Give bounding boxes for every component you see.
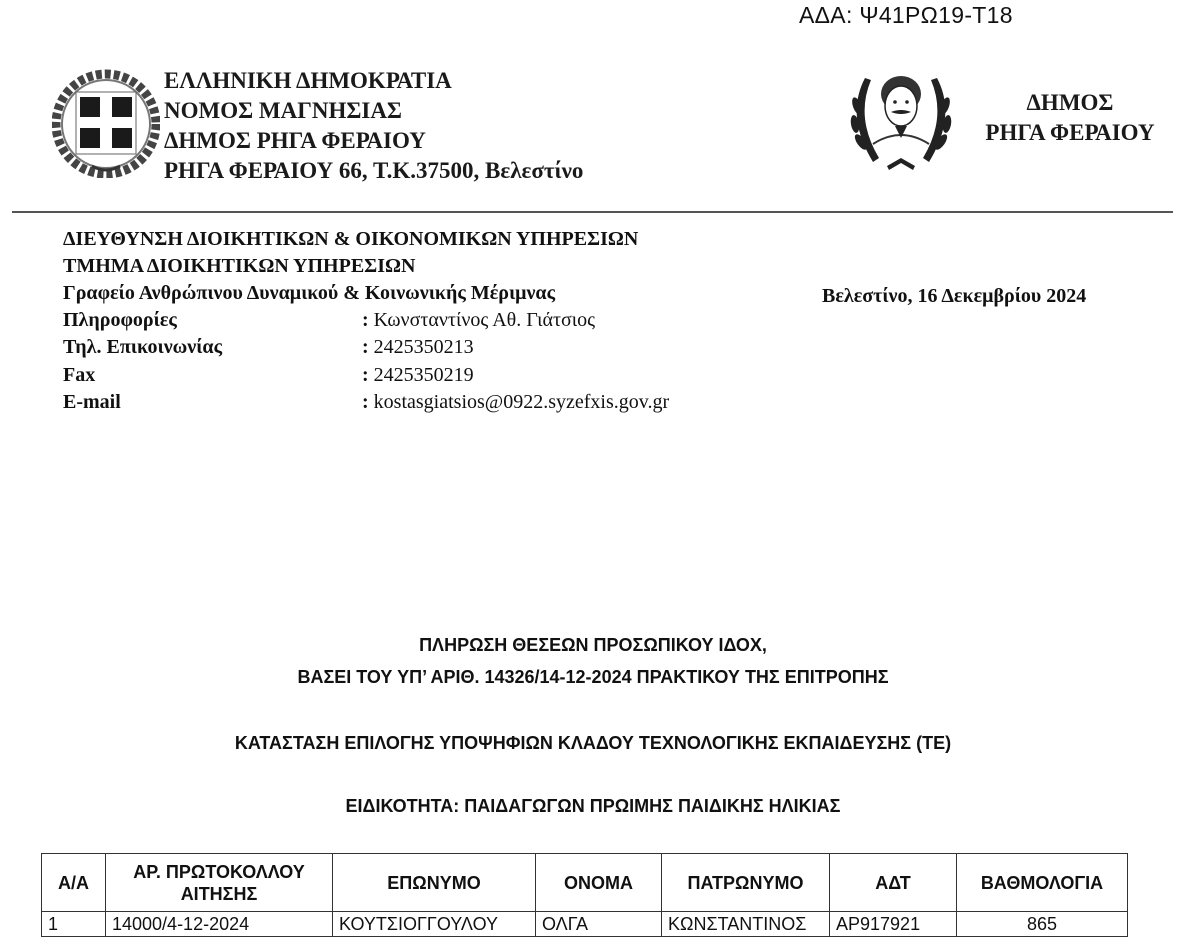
document-title-line: ΒΑΣΕΙ ΤΟΥ ΥΠ’ ΑΡΙΘ. 14326/14-12-2024 ΠΡΑ… <box>0 667 1186 688</box>
contact-row-phone: Τηλ. Επικοινωνίας : 2425350213 <box>63 334 669 361</box>
column-header-score: ΒΑΘΜΟΛΟΓΙΑ <box>957 854 1128 912</box>
column-header-id-number: ΑΔΤ <box>830 854 957 912</box>
document-date: Βελεστίνο, 16 Δεκεμβρίου 2024 <box>822 285 1086 308</box>
contact-row-email: E-mail : kostasgiatsios@0922.syzefxis.go… <box>63 389 669 416</box>
cell-name: ΟΛΓΑ <box>536 912 662 937</box>
column-header-aa: Α/Α <box>42 854 106 912</box>
municipal-laurel-portrait-icon <box>843 66 959 176</box>
column-header-fathers-name: ΠΑΤΡΩΝΥΜΟ <box>662 854 830 912</box>
cell-protocol: 14000/4-12-2024 <box>106 912 333 937</box>
greek-coat-of-arms-icon <box>52 66 160 178</box>
ada-code: ΑΔΑ: Ψ41ΡΩ19-Τ18 <box>799 2 1013 29</box>
department-line: ΤΜΗΜΑ ΔΙΟΙΚΗΤΙΚΩΝ ΥΠΗΡΕΣΙΩΝ <box>63 253 638 280</box>
department-line: ΔΙΕΥΘΥΝΣΗ ΔΙΟΙΚΗΤΙΚΩΝ & ΟΙΚΟΝΟΜΙΚΩΝ ΥΠΗΡ… <box>63 226 638 253</box>
table-row: 1 14000/4-12-2024 ΚΟΥΤΣΙΟΓΓΟΥΛΟΥ ΟΛΓΑ ΚΩ… <box>42 912 1128 937</box>
cell-fathers-name: ΚΩΝΣΤΑΝΤΙΝΟΣ <box>662 912 830 937</box>
contact-label: Τηλ. Επικοινωνίας <box>63 334 362 361</box>
document-title-line: ΠΛΗΡΩΣΗ ΘΕΣΕΩΝ ΠΡΟΣΩΠΙΚΟΥ ΙΔΟΧ, <box>0 635 1186 656</box>
header-line: ΝΟΜΟΣ ΜΑΓΝΗΣΙΑΣ <box>164 96 583 126</box>
cell-surname: ΚΟΥΤΣΙΟΓΓΟΥΛΟΥ <box>333 912 536 937</box>
contact-colon: : <box>362 307 369 334</box>
contact-label: E-mail <box>63 389 362 416</box>
contact-email[interactable]: kostasgiatsios@0922.syzefxis.gov.gr <box>374 389 669 416</box>
header-line: ΕΛΛΗΝΙΚΗ ΔΗΜΟΚΡΑΤΙΑ <box>164 66 583 96</box>
contact-colon: : <box>362 362 369 389</box>
department-block: ΔΙΕΥΘΥΝΣΗ ΔΙΟΙΚΗΤΙΚΩΝ & ΟΙΚΟΝΟΜΙΚΩΝ ΥΠΗΡ… <box>63 226 638 307</box>
cell-score: 865 <box>957 912 1128 937</box>
contact-colon: : <box>362 334 369 361</box>
selection-status-title: ΚΑΤΑΣΤΑΣΗ ΕΠΙΛΟΓΗΣ ΥΠΟΨΗΦΙΩΝ ΚΛΑΔΟΥ ΤΕΧΝ… <box>0 733 1186 754</box>
cell-id-number: ΑΡ917921 <box>830 912 957 937</box>
contact-value: Κωνσταντίνος Αθ. Γιάτσιος <box>374 307 595 334</box>
contact-value: 2425350219 <box>374 362 474 389</box>
header-divider <box>12 211 1173 213</box>
header-line: ΡΗΓΑ ΦΕΡΑΙΟΥ 66, Τ.Κ.37500, Βελεστίνο <box>164 156 583 186</box>
column-header-protocol: ΑΡ. ΠΡΩΤΟΚΟΛΛΟΥΑΙΤΗΣΗΣ <box>106 854 333 912</box>
department-line: Γραφείο Ανθρώπινου Δυναμικού & Κοινωνική… <box>63 280 638 307</box>
contact-info: Πληροφορίες : Κωνσταντίνος Αθ. Γιάτσιος … <box>63 307 669 416</box>
specialty-title: ΕΙΔΙΚΟΤΗΤΑ: ΠΑΙΔΑΓΩΓΩΝ ΠΡΩΙΜΗΣ ΠΑΙΔΙΚΗΣ … <box>0 796 1186 817</box>
column-header-name: ΟΝΟΜΑ <box>536 854 662 912</box>
header-line: ΡΗΓΑ ΦΕΡΑΙΟΥ <box>970 118 1170 148</box>
candidates-table: Α/Α ΑΡ. ΠΡΩΤΟΚΟΛΛΟΥΑΙΤΗΣΗΣ ΕΠΩΝΥΜΟ ΟΝΟΜΑ… <box>41 853 1128 937</box>
contact-colon: : <box>362 389 369 416</box>
table-header-row: Α/Α ΑΡ. ΠΡΩΤΟΚΟΛΛΟΥΑΙΤΗΣΗΣ ΕΠΩΝΥΜΟ ΟΝΟΜΑ… <box>42 854 1128 912</box>
header-line: ΔΗΜΟΣ <box>970 88 1170 118</box>
contact-label: Fax <box>63 362 362 389</box>
contact-value: 2425350213 <box>374 334 474 361</box>
municipality-name: ΔΗΜΟΣ ΡΗΓΑ ΦΕΡΑΙΟΥ <box>970 88 1170 148</box>
column-header-surname: ΕΠΩΝΥΜΟ <box>333 854 536 912</box>
header-line: ΔΗΜΟΣ ΡΗΓΑ ΦΕΡΑΙΟΥ <box>164 126 583 156</box>
contact-label: Πληροφορίες <box>63 307 362 334</box>
cell-aa: 1 <box>42 912 106 937</box>
contact-row-fax: Fax : 2425350219 <box>63 362 669 389</box>
authority-header: ΕΛΛΗΝΙΚΗ ΔΗΜΟΚΡΑΤΙΑ ΝΟΜΟΣ ΜΑΓΝΗΣΙΑΣ ΔΗΜΟ… <box>164 66 583 186</box>
contact-row-info: Πληροφορίες : Κωνσταντίνος Αθ. Γιάτσιος <box>63 307 669 334</box>
